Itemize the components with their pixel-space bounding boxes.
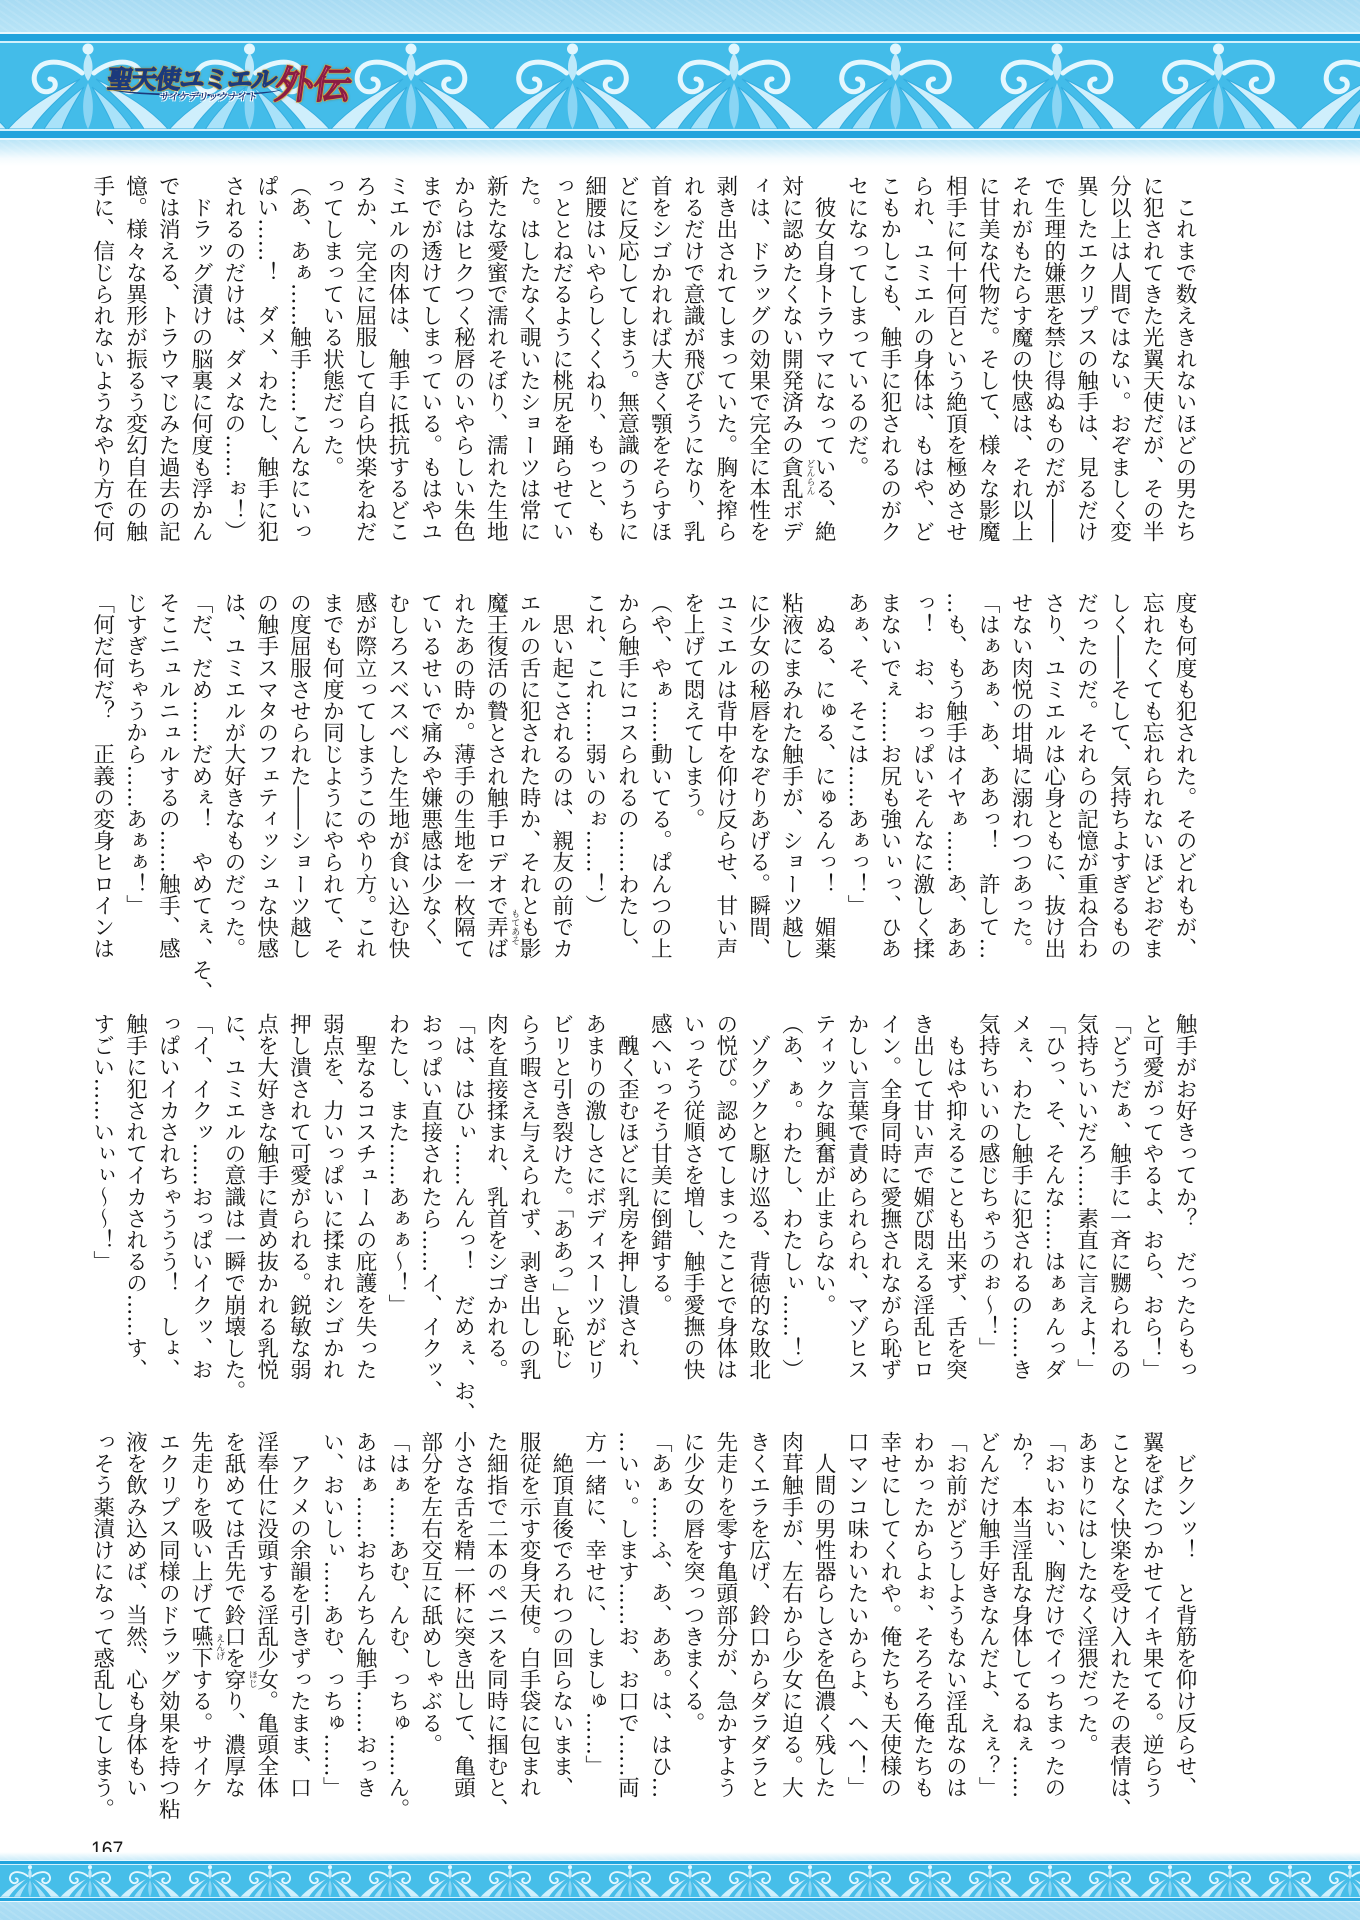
text-column: と可愛がってやるよ、おら、おら！」 [1134, 1013, 1167, 1385]
column-text: する。サイケ [188, 1669, 213, 1799]
text-column: 粘液にまみれた触手が、ショーツ越し [774, 592, 807, 964]
text-column: 分以上は人間ではない。おぞましく変 [1102, 175, 1135, 547]
text-column: 触手に犯されてイカされるの……す、 [118, 1013, 151, 1385]
text-column: メぇ、わたし触手に犯されるの……き [1003, 1013, 1036, 1385]
text-column: 肉茸触手が、左右から少女に迫る。大 [774, 1431, 807, 1803]
text-column: むしろスベスベした生地が食い込む快 [380, 592, 413, 964]
text-column: ろか、完全に屈服して自ら快楽をねだ [347, 175, 380, 547]
text-column: 手に、信じられないようなやり方で何 [85, 175, 118, 547]
text-column: 気持ちいいだろ……素直に言えよ！」 [1069, 1013, 1102, 1385]
text-column: イン。全身同時に愛撫されながら恥ず [872, 1013, 905, 1385]
ruby-word: 弄もてあそ [483, 916, 508, 938]
ruby-word: 貪乱どんらん [778, 456, 803, 499]
text-column: っととねだるように桃尻を踊らせてい [544, 175, 577, 547]
text-column: 翼をばたつかせてイキ果てる。逆らう [1134, 1431, 1167, 1803]
text-column: 細腰はいやらしくくねり、もっと、も [577, 175, 610, 547]
text-column: に甘美な代物だ。そして、様々な影魔 [970, 175, 1003, 547]
text-column: 触手がお好きってか？ だったらもっ [1167, 1013, 1200, 1385]
text-column: っそう薬漬けになって惑乱してしまう。 [85, 1431, 118, 1803]
column-text: 魔王復活の贄とされ触手ロデオで [483, 592, 508, 916]
text-column: 「だ、だめ……だめぇ！ やめてぇ、そ、 [183, 592, 216, 964]
text-column: 小さな舌を精一杯に突き出して、亀頭 [446, 1431, 479, 1803]
text-column: （あ、ぁ。わたし、わたしぃ……！） [774, 1013, 807, 1385]
text-column: か？ 本当淫乱な身体してるねぇ…… [1003, 1431, 1036, 1803]
text-column: 「何だ何だ？ 正義の変身ヒロインは [85, 592, 118, 964]
text-column: 先走りを吸い上げて嚥下えんげする。サイケ [183, 1431, 216, 1803]
text-column: ことなく快楽を受け入れたその表情は、 [1102, 1431, 1135, 1803]
text-column: られ、ユミエルの身体は、もはや、ど [905, 175, 938, 547]
text-column: に少女の秘唇をなぞりあげる。瞬間、 [741, 592, 774, 964]
text-column: 方一緒に、幸せに、しましゅ……」 [577, 1431, 610, 1803]
text-column: 感が際立ってしまうこのやり方。これ [347, 592, 380, 964]
text-column: もはや抑えることも出来ず、舌を突 [938, 1013, 971, 1385]
text-column: れたあの時か。薄手の生地を一枚隔て [446, 592, 479, 964]
text-column: 肉を直接揉まれ、乳首をシゴかれる。 [478, 1013, 511, 1385]
text-column: こもかしこも、触手に犯されるのがク [872, 175, 905, 547]
text-column: 「は、はひぃ……んんっ！ だめぇ、お、 [446, 1013, 479, 1385]
text-column: 先走りを零す亀頭部分が、急かすよう [708, 1431, 741, 1803]
text-column: ミエルの肉体は、触手に抵抗するどこ [380, 175, 413, 547]
text-column: れるだけで意識が飛びそうになり、乳 [675, 175, 708, 547]
text-column: だったのだ。それらの記憶が重ね合わ [1069, 592, 1102, 964]
text-column: さり、ユミエルは心身ともに、抜け出 [1036, 592, 1069, 964]
text-column: きくエラを広げ、鈴口からダラダラと [741, 1431, 774, 1803]
text-column: あはぁ……おちんちん触手……おっき [347, 1431, 380, 1803]
text-column: 「はぁあぁ、あ、ああっ！ 許して… [970, 592, 1003, 964]
text-column: ゾクゾクと駆け巡る、背徳的な敗北 [741, 1013, 774, 1385]
ruby-reading: えんげ [214, 1634, 223, 1661]
text-column: 魔王復活の贄とされ触手ロデオで弄もてあそば [478, 592, 511, 964]
text-column: あまりの激しさにボディスーツがビリ [577, 1013, 610, 1385]
text-column: き出して甘い声で媚び悶える淫乱ヒロ [905, 1013, 938, 1385]
text-column: 首をシゴかれれば大きく顎をそらすほ [642, 175, 675, 547]
text-column: 「はぁ……あむ、んむ、っちゅ……ん。 [380, 1431, 413, 1803]
text-column: 液を飲み込めば、当然、心も身体もい [118, 1431, 151, 1803]
text-column: 思い起こされるのは、親友の前でカ [544, 592, 577, 964]
text-column: 点を大好きな触手に責め抜かれる乳悦 [249, 1013, 282, 1385]
text-column: 異したエクリプスの触手は、見るだけ [1069, 175, 1102, 547]
ruby-base: 嚥下 [188, 1625, 213, 1668]
text-band-3: 触手がお好きってか？ だったらもっ と可愛がってやるよ、おら、おら！」 「どうだ… [84, 1013, 1200, 1385]
text-column: 憶。様々な異形が振るう変幻自在の触 [118, 175, 151, 547]
text-column: あぁ、そ、そこは……あぁっ！」 [839, 592, 872, 964]
column-text: ば [483, 938, 508, 960]
text-column: 度も何度も犯された。そのどれもが、 [1167, 592, 1200, 964]
column-text: ボデ [778, 499, 803, 542]
text-column: かしい言葉で責められられ、マゾヒス [839, 1013, 872, 1385]
text-column: 弱点を、力いっぱいに揉まれシゴかれ [314, 1013, 347, 1385]
text-column: わかったからよぉ、そろそろ俺たちも [905, 1431, 938, 1803]
column-text: 先走りを吸い上げて [188, 1431, 213, 1625]
text-column: を舐めては舌先で鈴口を穿ほじり、濃厚な [216, 1431, 249, 1803]
column-text: 対に認めたくない開発済みの [778, 175, 803, 456]
text-band-2: 度も何度も犯された。そのどれもが、 忘れたくても忘れられないほどおぞま しく――… [84, 592, 1200, 964]
text-column: ドラッグ漬けの脳裏に何度も浮かん [183, 175, 216, 547]
text-column: から触手にコスられるの……わたし、 [610, 592, 643, 964]
text-column: に犯されてきた光翼天使だが、その半 [1134, 175, 1167, 547]
text-column: わたし、また……あぁぁ～！」 [380, 1013, 413, 1385]
text-column: 絶頂直後でろれつの回らないまま、 [544, 1431, 577, 1803]
text-column: からはヒクつく秘唇のいやらしい朱色 [446, 175, 479, 547]
logo-subtitle: サイケデリックナイト [159, 88, 259, 103]
text-column: 押し潰されて可愛がられる。鋭敏な弱 [282, 1013, 315, 1385]
text-column: 人間の男性器らしさを色濃く残した [806, 1431, 839, 1803]
ruby-reading: どんらん [804, 459, 813, 495]
footer-ornament [0, 1865, 1360, 1897]
text-column: ィは、ドラッグの効果で完全に本性を [741, 175, 774, 547]
column-text: を舐めては舌先で鈴口を [221, 1431, 246, 1669]
text-column: の悦び。認めてしまったことで身体は [708, 1013, 741, 1385]
text-column: っぱいイカされちゃううう！ しょ、 [151, 1013, 184, 1385]
text-column: ティックな興奮が止まらない。 [806, 1013, 839, 1385]
text-column: に少女の唇を突っつきまくる。 [675, 1431, 708, 1803]
text-column: 口マンコ味わいたいからよ、へへ！」 [839, 1431, 872, 1803]
text-column: すごい……いぃぃ～～！」 [85, 1013, 118, 1385]
text-column: そこニュルニュルするの……触手、感 [151, 592, 184, 964]
text-column: 剥き出されてしまっていた。胸を搾ら [708, 175, 741, 547]
text-column: 醜く歪むほどに乳房を押し潰され、 [610, 1013, 643, 1385]
ruby-word: 嚥下えんげ [188, 1625, 213, 1668]
series-logo: 聖天使ユミエル 外伝 サイケデリックナイト [104, 54, 364, 110]
text-column: まないでぇ……お尻も強いぃっ、ひあ [872, 592, 905, 964]
text-column: いっそう従順さを増し、触手愛撫の快 [675, 1013, 708, 1385]
text-column: ユミエルは背中を仰け反らせ、甘い声 [708, 592, 741, 964]
text-column: 淫奉仕に没頭する淫乱少女。亀頭全体 [249, 1431, 282, 1803]
column-text: り、濃厚な [221, 1690, 246, 1798]
text-column: では消える、トラウマじみた過去の記 [151, 175, 184, 547]
text-column: 服従を示す変身天使。白手袋に包まれ [511, 1431, 544, 1803]
ruby-base: 弄 [483, 916, 508, 938]
text-column: までも何度か同じようにやられて、そ [314, 592, 347, 964]
text-band-4: ビクンッ！ と背筋を仰け反らせ、 翼をばたつかせてイキ果てる。逆らう ことなく快… [84, 1431, 1200, 1803]
text-column: 忘れたくても忘れられないほどおぞま [1134, 592, 1167, 964]
text-column: …いぃ。します……お、お口で……両 [610, 1431, 643, 1803]
text-column: 「あぁ……ふ、あ、ああ。は、はひ… [642, 1431, 675, 1803]
text-column: た細指で二本のペニスを同時に掴むと、 [478, 1431, 511, 1803]
text-column: セになってしまっているのだ。 [839, 175, 872, 547]
text-column: の度屈服させられた――ショーツ越し [282, 592, 315, 964]
text-column: （や、やぁ……動いてる。ぱんつの上 [642, 592, 675, 964]
text-column: 「ひっ、そ、そんな……はぁぁんっダ [1036, 1013, 1069, 1385]
text-column: どに反応してしまう。無意識のうちに [610, 175, 643, 547]
text-column: ビリと引き裂けた。「ああっ」と恥じ [544, 1013, 577, 1385]
text-column: 感へいっそう甘美に倒錯する。 [642, 1013, 675, 1385]
text-column: 部分を左右交互に舐めしゃぶる。 [413, 1431, 446, 1803]
text-column: ビクンッ！ と背筋を仰け反らせ、 [1167, 1431, 1200, 1803]
ruby-reading: もてあそ [509, 909, 518, 945]
text-column: は、ユミエルが大好きなものだった。 [216, 592, 249, 964]
text-column: 気持ちいいの感じちゃうのぉ～！」 [970, 1013, 1003, 1385]
text-column: の触手スマタのフェティッシュな快感 [249, 592, 282, 964]
text-column: 新たな愛蜜で濡れそぼり、濡れた生地 [478, 175, 511, 547]
ruby-base: 穿 [221, 1669, 246, 1691]
text-column: アクメの余韻を引きずったまま、口 [282, 1431, 315, 1803]
text-column: エクリプス同様のドラッグ効果を持つ粘 [151, 1431, 184, 1803]
text-column: 「おいおい、胸だけでイっちまったの [1036, 1431, 1069, 1803]
text-column: それがもたらす魔の快感は、それ以上 [1003, 175, 1036, 547]
text-column: せない肉悦の坩堝に溺れつつあった。 [1003, 592, 1036, 964]
text-column: …も、もう触手はイヤぁ……あ、ああ [938, 592, 971, 964]
text-column: これまで数えきれないほどの男たち [1167, 175, 1200, 547]
text-column: おっぱい直接されたら……イ、イクッ、 [413, 1013, 446, 1385]
text-column: 「どうだぁ、触手に一斉に嬲られるの [1102, 1013, 1135, 1385]
text-column: ってしまっている状態だった。 [314, 175, 347, 547]
text-column: に、ユミエルの意識は一瞬で崩壊した。 [216, 1013, 249, 1385]
logo-title-accent: 外伝 [272, 54, 356, 109]
text-column: あまりにはしたなく淫猥だった。 [1069, 1431, 1102, 1803]
text-column: ぱい……！ ダメ、わたし、触手に犯 [249, 175, 282, 547]
text-column: ぬる、にゅる、にゅるんっ！ 媚薬 [806, 592, 839, 964]
text-column: 「お前がどうしようもない淫乱なのは [938, 1431, 971, 1803]
text-column: 「イ、イクッ……おっぱいイクッ、お [183, 1013, 216, 1385]
text-column: い、おいしぃ……あむ、っちゅ……」 [314, 1431, 347, 1803]
text-column: されるのだけは、ダメなの……ぉ！） [216, 175, 249, 547]
text-column: どんだけ触手好きなんだよ、えぇ？」 [970, 1431, 1003, 1803]
text-column: 聖なるコスチュームの庇護を失った [347, 1013, 380, 1385]
text-column: で生理的嫌悪を禁じ得ぬものだが―― [1036, 175, 1069, 547]
text-column: （あ、あぁ……触手……こんなにいっ [282, 175, 315, 547]
ruby-word: 穿ほじ [221, 1669, 246, 1691]
text-column: を上げて悶えてしまう。 [675, 592, 708, 964]
text-band-1: これまで数えきれないほどの男たち に犯されてきた光翼天使だが、その半 分以上は人… [84, 175, 1200, 547]
ruby-base: 貪乱 [778, 456, 803, 499]
text-column: これ、これ……弱いのぉ……！） [577, 592, 610, 964]
text-column: 相手に何十何百という絶頂を極めさせ [938, 175, 971, 547]
text-column: ているせいで痛みや嫌悪感は少なく、 [413, 592, 446, 964]
text-column: っ！ お、おっぱいそんなに激しく揉 [905, 592, 938, 964]
text-column: しく――そして、気持ちよすぎるもの [1102, 592, 1135, 964]
text-column: 対に認めたくない開発済みの貪乱どんらんボデ [774, 175, 807, 547]
text-column: らう暇さえ与えられず、剥き出しの乳 [511, 1013, 544, 1385]
text-column: 幸せにしてくれや。俺たちも天使様の [872, 1431, 905, 1803]
text-column: までが透けてしまっている。もはやユ [413, 175, 446, 547]
text-column: じすぎちゃうから……あぁぁ！」 [118, 592, 151, 964]
text-column: た。はしたなく覗いたショーツは常に [511, 175, 544, 547]
ruby-reading: ほじ [247, 1670, 256, 1688]
